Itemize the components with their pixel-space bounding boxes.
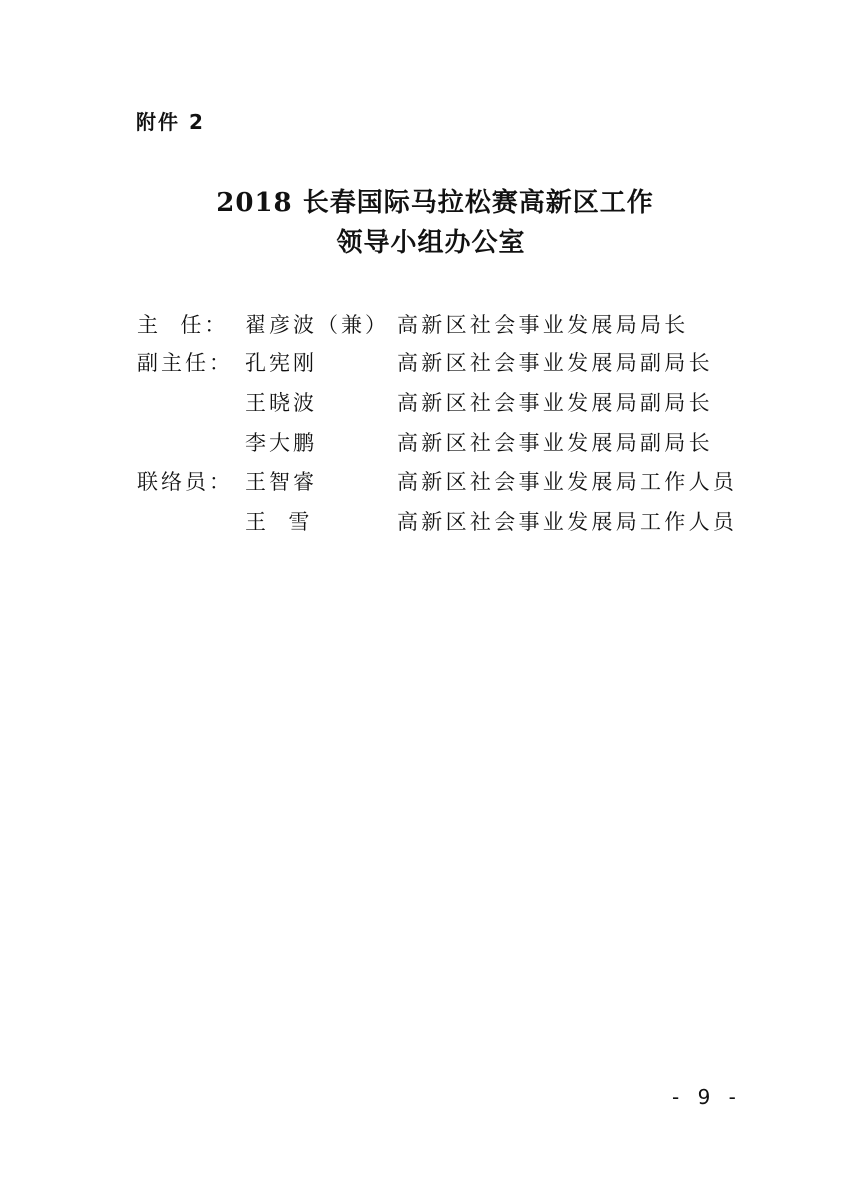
member-role: 副主任： — [137, 347, 233, 377]
attachment-label: 附件 2 — [136, 106, 205, 135]
member-position: 高新区社会事业发展局副局长 — [397, 347, 713, 377]
member-row: 联络员： 王智睿 高新区社会事业发展局工作人员 — [0, 466, 850, 496]
member-name: 王智睿 — [245, 466, 317, 496]
member-row: 王 雪 高新区社会事业发展局工作人员 — [0, 506, 850, 536]
member-name: 孔宪刚 — [245, 347, 317, 377]
member-position: 高新区社会事业发展局工作人员 — [397, 506, 737, 536]
member-role: 联络员： — [137, 466, 233, 496]
member-position: 高新区社会事业发展局副局长 — [397, 387, 713, 417]
document-title-line-2: 领导小组办公室 — [0, 222, 850, 259]
member-position: 高新区社会事业发展局局长 — [397, 309, 689, 339]
member-role: 主 任： — [137, 309, 228, 339]
member-position: 高新区社会事业发展局副局长 — [397, 427, 713, 457]
member-row: 李大鹏 高新区社会事业发展局副局长 — [0, 427, 850, 457]
member-row: 副主任： 孔宪刚 高新区社会事业发展局副局长 — [0, 347, 850, 377]
member-name: 翟彦波（兼） — [245, 309, 389, 339]
document-title-line-1: 2018 长春国际马拉松赛高新区工作 — [0, 182, 850, 219]
member-row: 王晓波 高新区社会事业发展局副局长 — [0, 387, 850, 417]
member-name: 王晓波 — [245, 387, 317, 417]
member-row: 主 任： 翟彦波（兼） 高新区社会事业发展局局长 — [0, 309, 850, 339]
member-position: 高新区社会事业发展局工作人员 — [397, 466, 737, 496]
member-name: 李大鹏 — [245, 427, 317, 457]
member-name: 王 雪 — [245, 506, 312, 536]
page-number: - 9 - — [672, 1085, 742, 1109]
